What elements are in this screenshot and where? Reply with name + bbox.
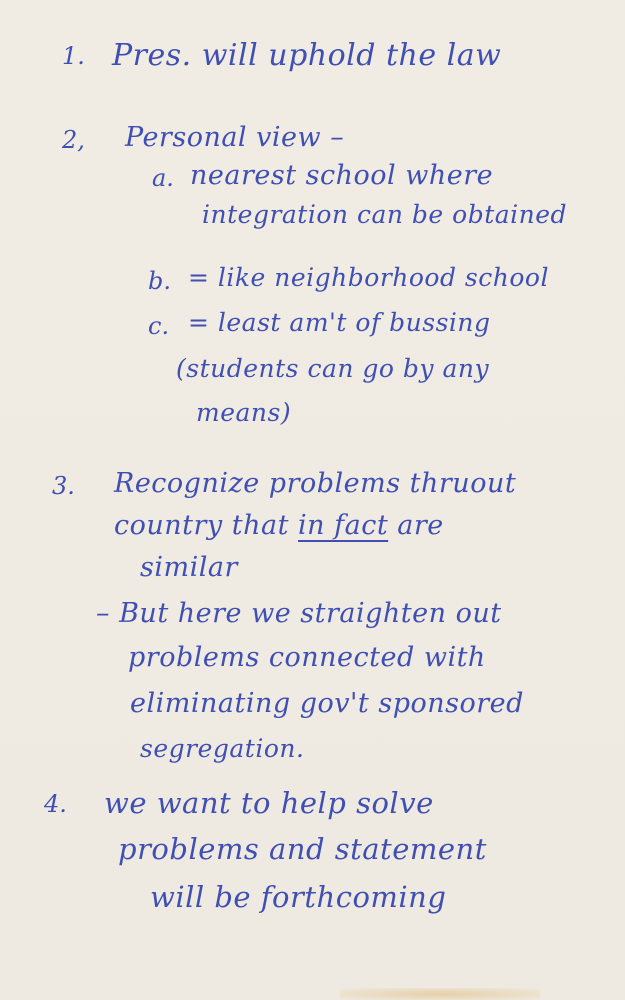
item-2b-label: b. [148,267,171,295]
item-3-line-3: similar [140,552,238,583]
item-2a-label: a. [152,164,174,192]
item-2b-line-1: = like neighborhood school [188,263,549,292]
item-4-line-2: problems and statement [118,832,487,866]
item-3-line-2-end: are [397,510,443,541]
item-2-number: 2, [62,126,85,154]
item-3-number: 3. [52,472,75,500]
item-3-line-2: country that in fact are [114,510,444,541]
item-4-number: 4. [44,790,67,818]
item-2c-line-1: = least am't of bussing [188,308,491,337]
item-2-line-1: Personal view – [125,122,344,153]
item-3-dash-line-1: – But here we straighten out [96,598,502,629]
item-2c-line-3: means) [196,398,291,427]
paper-stain [340,988,540,1000]
item-4-line-1: we want to help solve [104,786,434,820]
item-3-line-1: Recognize problems thruout [114,468,516,499]
item-2a-line-2: integration can be obtained [202,200,567,229]
item-2c-line-2: (students can go by any [176,354,489,383]
item-1-line-1: Pres. will uphold the law [112,38,501,73]
item-2a-line-1: nearest school where [190,160,493,191]
item-3-line-2-text: country that [114,510,289,541]
item-3-dash-line-3: eliminating gov't sponsored [130,688,524,719]
item-4-line-3: will be forthcoming [150,880,446,914]
item-1-number: 1. [62,42,85,70]
item-2c-label: c. [148,312,169,340]
item-3-dash-line-2: problems connected with [128,642,486,673]
item-3-emphasis: in fact [298,510,388,541]
item-3-dash-line-4: segregation. [140,734,304,763]
